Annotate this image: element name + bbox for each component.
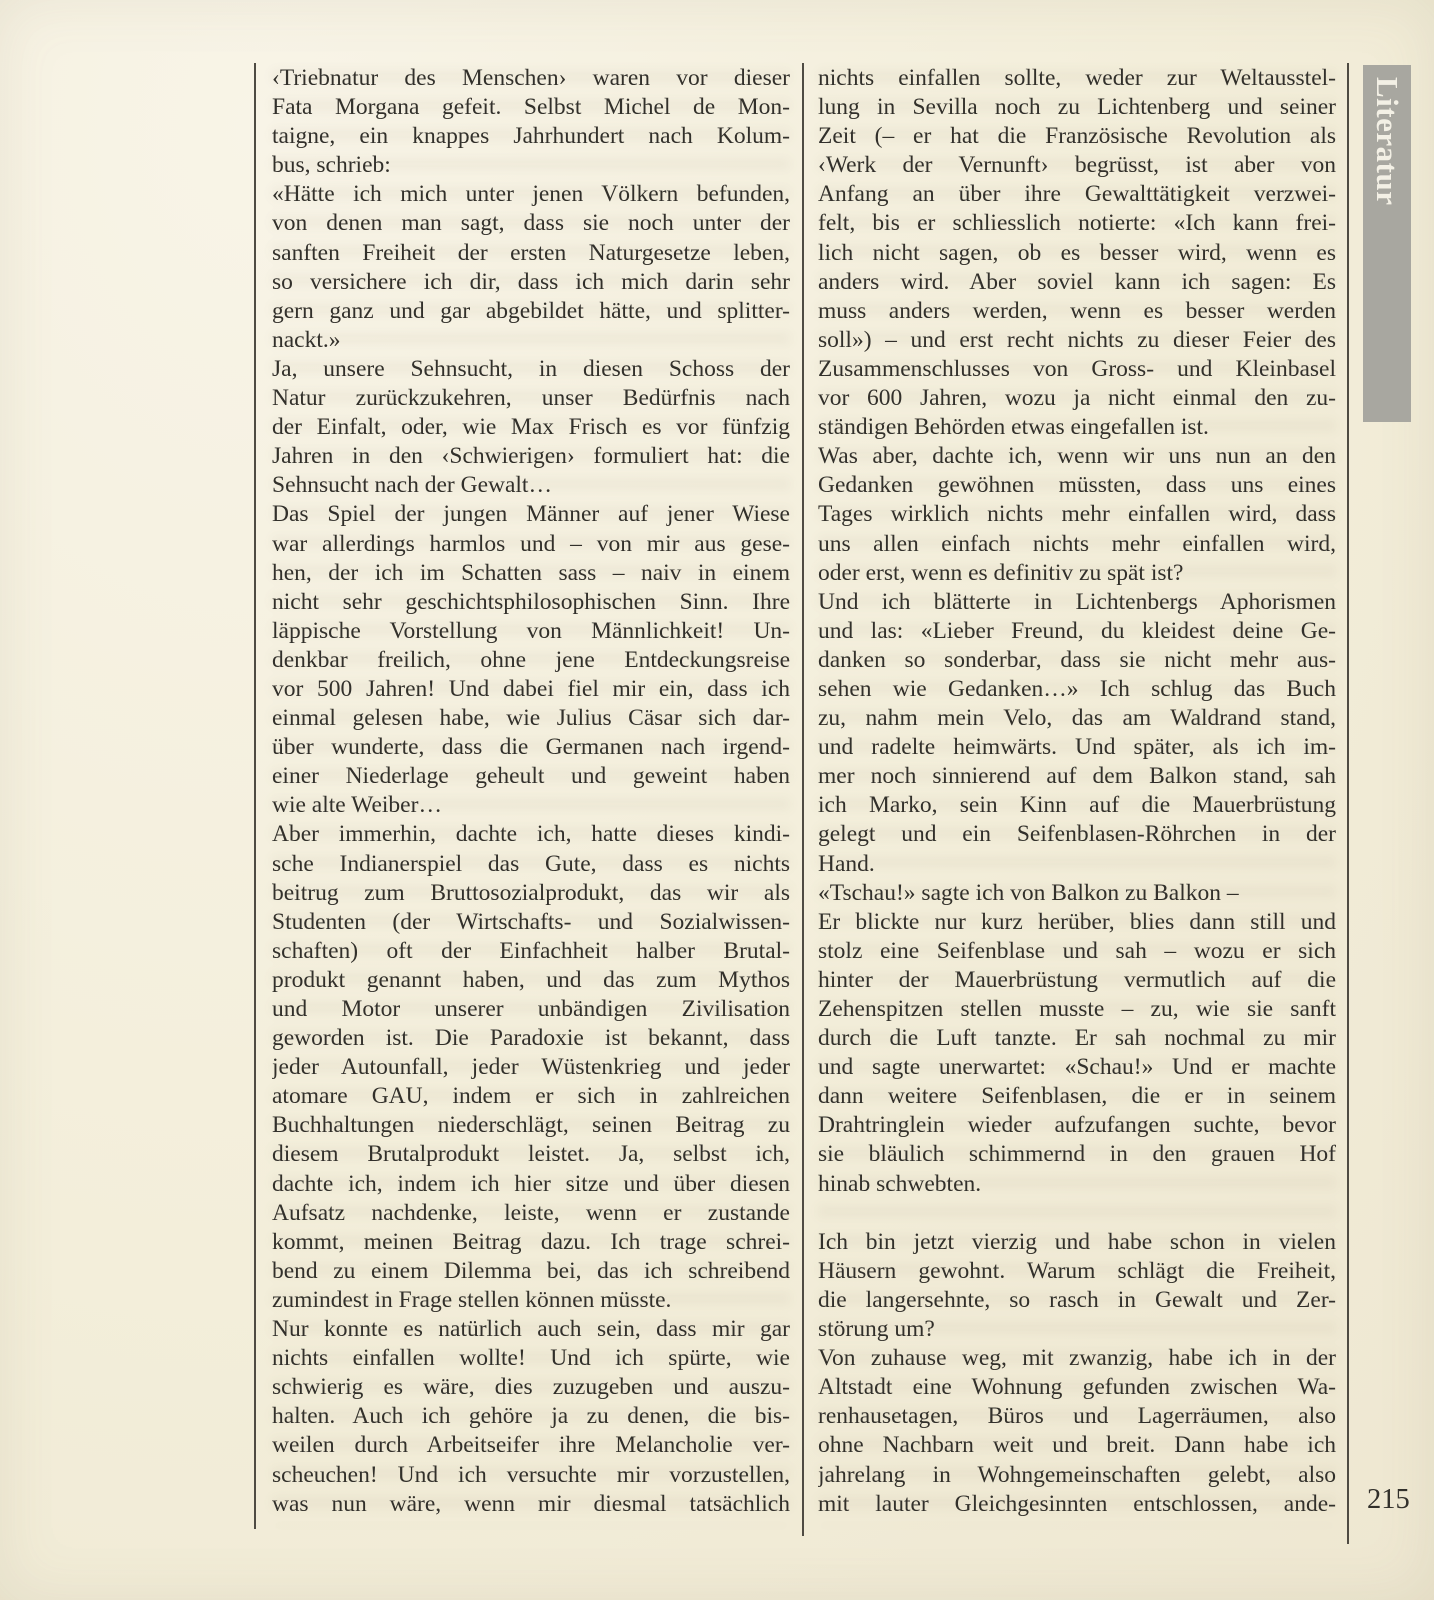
- text-line: vor 500 Jahren! Und dabei fiel mir ein, …: [272, 675, 790, 704]
- text-line: von denen man sagt, dass sie noch unter …: [272, 209, 790, 238]
- text-line: Und ich blätterte in Lichtenbergs Aphori…: [818, 588, 1336, 617]
- text-line: Fata Morgana gefeit. Selbst Michel de Mo…: [272, 93, 790, 122]
- text-column-left: ‹Triebnatur des Menschen› waren vor dies…: [272, 64, 790, 1519]
- section-tab: Literatur: [1363, 65, 1411, 422]
- text-line: halten. Auch ich gehöre ja zu denen, die…: [272, 1402, 790, 1431]
- text-line: uns allen einfach nichts mehr einfallen …: [818, 530, 1336, 559]
- text-line: sanften Freiheit der ersten Naturgesetze…: [272, 239, 790, 268]
- text-line: Zusammenschlusses von Gross- und Kleinba…: [818, 355, 1336, 384]
- text-line: Drahtringlein wieder aufzufangen suchte,…: [818, 1111, 1336, 1140]
- text-line: stolz eine Seifenblase und sah – wozu er…: [818, 937, 1336, 966]
- text-line: diesem Brutalprodukt leistet. Ja, selbst…: [272, 1140, 790, 1169]
- text-line: felt, bis er schliesslich notierte: «Ich…: [818, 209, 1336, 238]
- text-line: über wunderte, dass die Germanen nach ir…: [272, 733, 790, 762]
- column-rule-middle: [802, 63, 804, 1536]
- text-line: jahrelang in Wohngemeinschaften gelebt, …: [818, 1461, 1336, 1490]
- scanned-page: ‹Triebnatur des Menschen› waren vor dies…: [0, 0, 1434, 1600]
- text-line: Hand.: [818, 850, 1336, 879]
- text-line: geworden ist. Die Paradoxie ist bekannt,…: [272, 1024, 790, 1053]
- text-line: zumindest in Frage stellen können müsste…: [272, 1286, 790, 1315]
- text-line: die langersehnte, so rasch in Gewalt und…: [818, 1286, 1336, 1315]
- text-line: Von zuhause weg, mit zwanzig, habe ich i…: [818, 1344, 1336, 1373]
- text-line: einer Niederlage geheult und geweint hab…: [272, 762, 790, 791]
- text-line: ‹Werk der Vernunft› begrüsst, ist aber v…: [818, 151, 1336, 180]
- text-line: beitrug zum Bruttosozialprodukt, das wir…: [272, 879, 790, 908]
- text-line: dachte ich, indem ich hier sitze und übe…: [272, 1170, 790, 1199]
- page-number: 215: [1367, 1484, 1410, 1516]
- text-line: bend zu einem Dilemma bei, das ich schre…: [272, 1257, 790, 1286]
- text-line: der Einfalt, oder, wie Max Frisch es vor…: [272, 413, 790, 442]
- text-line: bus, schrieb:: [272, 151, 790, 180]
- text-line: gern ganz und gar abgebildet hätte, und …: [272, 297, 790, 326]
- text-line: zu, nahm mein Velo, das am Waldrand stan…: [818, 704, 1336, 733]
- margin-rule-right: [1347, 63, 1349, 1544]
- text-line: einmal gelesen habe, wie Julius Cäsar si…: [272, 704, 790, 733]
- text-line: [818, 1199, 1336, 1228]
- text-line: war allerdings harmlos und – von mir aus…: [272, 530, 790, 559]
- text-line: so versichere ich dir, dass ich mich dar…: [272, 268, 790, 297]
- text-line: kommt, meinen Beitrag dazu. Ich trage sc…: [272, 1228, 790, 1257]
- text-line: «Hätte ich mich unter jenen Völkern befu…: [272, 180, 790, 209]
- text-line: muss anders werden, wenn es besser werde…: [818, 297, 1336, 326]
- text-column-right: nichts einfallen sollte, weder zur Welta…: [818, 64, 1336, 1519]
- text-line: lich nicht sagen, ob es besser wird, wen…: [818, 239, 1336, 268]
- text-line: Studenten (der Wirtschafts- und Sozialwi…: [272, 908, 790, 937]
- text-line: und Motor unserer unbändigen Zivilisatio…: [272, 995, 790, 1024]
- text-line: und radelte heimwärts. Und später, als i…: [818, 733, 1336, 762]
- text-line: was nun wäre, wenn mir diesmal tatsächli…: [272, 1490, 790, 1519]
- text-line: oder erst, wenn es definitiv zu spät ist…: [818, 559, 1336, 588]
- text-line: Das Spiel der jungen Männer auf jener Wi…: [272, 500, 790, 529]
- text-line: soll») – und erst recht nichts zu dieser…: [818, 326, 1336, 355]
- text-line: danken so sonderbar, dass sie nicht mehr…: [818, 646, 1336, 675]
- text-line: denkbar freilich, ohne jene Entdeckungsr…: [272, 646, 790, 675]
- text-line: produkt genannt haben, und das zum Mytho…: [272, 966, 790, 995]
- text-line: nackt.»: [272, 326, 790, 355]
- text-line: gelegt und ein Seifenblasen-Röhrchen in …: [818, 820, 1336, 849]
- text-line: und sagte unerwartet: «Schau!» Und er ma…: [818, 1053, 1336, 1082]
- text-line: Was aber, dachte ich, wenn wir uns nun a…: [818, 442, 1336, 471]
- text-line: Natur zurückzukehren, unser Bedürfnis na…: [272, 384, 790, 413]
- text-line: Ich bin jetzt vierzig und habe schon in …: [818, 1228, 1336, 1257]
- text-line: Nur konnte es natürlich auch sein, dass …: [272, 1315, 790, 1344]
- text-line: vor 600 Jahren, wozu ja nicht einmal den…: [818, 384, 1336, 413]
- text-line: «Tschau!» sagte ich von Balkon zu Balkon…: [818, 879, 1336, 908]
- text-line: schwierig es wäre, dies zuzugeben und au…: [272, 1373, 790, 1402]
- text-line: ich Marko, sein Kinn auf die Mauerbrüstu…: [818, 791, 1336, 820]
- text-line: sche Indianerspiel das Gute, dass es nic…: [272, 850, 790, 879]
- text-line: hinter der Mauerbrüstung vermutlich auf …: [818, 966, 1336, 995]
- text-line: Altstadt eine Wohnung gefunden zwischen …: [818, 1373, 1336, 1402]
- text-line: Gedanken gewöhnen müssten, dass uns eine…: [818, 471, 1336, 500]
- text-line: Zehenspitzen stellen musste – zu, wie si…: [818, 995, 1336, 1024]
- text-line: Anfang an über ihre Gewalttätigkeit verz…: [818, 180, 1336, 209]
- text-line: mit lauter Gleichgesinnten entschlossen,…: [818, 1490, 1336, 1519]
- text-line: anders wird. Aber soviel kann ich sagen:…: [818, 268, 1336, 297]
- text-line: ständigen Behörden etwas eingefallen ist…: [818, 413, 1336, 442]
- text-line: atomare GAU, indem er sich in zahlreiche…: [272, 1082, 790, 1111]
- text-line: schaften) oft der Einfachheit halber Bru…: [272, 937, 790, 966]
- text-line: Jahren in den ‹Schwierigen› formuliert h…: [272, 442, 790, 471]
- text-line: taigne, ein knappes Jahrhundert nach Kol…: [272, 122, 790, 151]
- text-line: ohne Nachbarn weit und breit. Dann habe …: [818, 1431, 1336, 1460]
- text-line: nichts einfallen wollte! Und ich spürte,…: [272, 1344, 790, 1373]
- text-line: weilen durch Arbeitseifer ihre Melanchol…: [272, 1431, 790, 1460]
- text-line: renhausetagen, Büros und Lagerräumen, al…: [818, 1402, 1336, 1431]
- text-line: ‹Triebnatur des Menschen› waren vor dies…: [272, 64, 790, 93]
- text-line: lung in Sevilla noch zu Lichtenberg und …: [818, 93, 1336, 122]
- text-line: sie bläulich schimmernd in den grauen Ho…: [818, 1140, 1336, 1169]
- text-line: Aber immerhin, dachte ich, hatte dieses …: [272, 820, 790, 849]
- text-line: Zeit (– er hat die Französische Revoluti…: [818, 122, 1336, 151]
- text-line: wie alte Weiber…: [272, 791, 790, 820]
- text-line: nicht sehr geschichtsphilosophischen Sin…: [272, 588, 790, 617]
- text-line: scheuchen! Und ich versuchte mir vorzust…: [272, 1461, 790, 1490]
- text-line: nichts einfallen sollte, weder zur Welta…: [818, 64, 1336, 93]
- text-line: störung um?: [818, 1315, 1336, 1344]
- text-line: jeder Autounfall, jeder Wüstenkrieg und …: [272, 1053, 790, 1082]
- text-line: mer noch sinnierend auf dem Balkon stand…: [818, 762, 1336, 791]
- text-line: Ja, unsere Sehnsucht, in diesen Schoss d…: [272, 355, 790, 384]
- section-tab-label: Literatur: [1369, 65, 1405, 422]
- text-line: durch die Luft tanzte. Er sah nochmal zu…: [818, 1024, 1336, 1053]
- text-line: Tages wirklich nichts mehr einfallen wir…: [818, 500, 1336, 529]
- text-line: hen, der ich im Schatten sass – naiv in …: [272, 559, 790, 588]
- text-line: und las: «Lieber Freund, du kleidest dei…: [818, 617, 1336, 646]
- text-line: dann weitere Seifenblasen, die er in sei…: [818, 1082, 1336, 1111]
- text-line: hinab schwebten.: [818, 1170, 1336, 1199]
- column-rule-left: [254, 63, 256, 1529]
- text-line: Häusern gewohnt. Warum schlägt die Freih…: [818, 1257, 1336, 1286]
- text-line: sehen wie Gedanken…» Ich schlug das Buch: [818, 675, 1336, 704]
- text-line: Er blickte nur kurz herüber, blies dann …: [818, 908, 1336, 937]
- text-line: läppische Vorstellung von Männlichkeit! …: [272, 617, 790, 646]
- text-line: Aufsatz nachdenke, leiste, wenn er zusta…: [272, 1199, 790, 1228]
- text-line: Sehnsucht nach der Gewalt…: [272, 471, 790, 500]
- text-line: Buchhaltungen niederschlägt, seinen Beit…: [272, 1111, 790, 1140]
